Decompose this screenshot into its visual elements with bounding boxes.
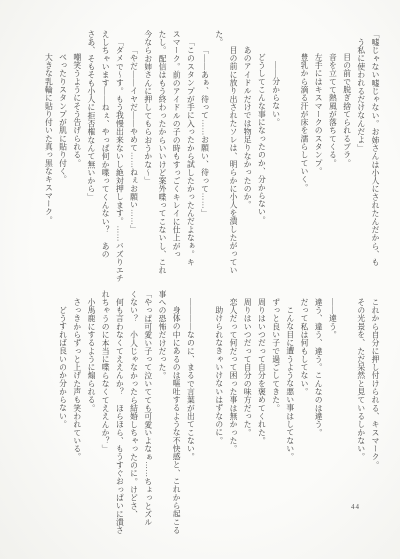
- text-column: どうすれば良いのか分からない。: [55, 290, 69, 528]
- text-column: 「嘘じゃない嘘じゃない。お姉さんは小人にされたんだから、も: [368, 30, 382, 268]
- text-column: 「やっぱ可愛い子って泣いてても可愛いよなぁ……ちょっとズル: [141, 290, 155, 528]
- text-column: 豊乳から滴る汗が床を濡らしていく。: [297, 30, 311, 268]
- text-column: あのアイドルだけでは物足りなかったのか。: [240, 30, 254, 268]
- text-column: ――――なのに、まるで言葉が出てこない。: [183, 290, 197, 528]
- text-column: その光景を、ただ呆然と見ているしかない。: [354, 290, 368, 528]
- text-column: う私に使われるだけなんだよ」: [354, 30, 368, 268]
- blank-column: [197, 290, 211, 528]
- text-column: 音を立てて熱風が落ちてくる。: [325, 30, 339, 268]
- text-column: さあ、そもそも小人に拒否権なんて無いから」: [84, 30, 98, 268]
- novel-page: 「嘘じゃない嘘じゃない。お姉さんは小人にされたんだから、もう私に使われるだけなん…: [0, 0, 400, 559]
- text-column: 身体の中にあるのは嘔吐するような不快感と、これから起こる: [169, 290, 183, 528]
- blank-column: [283, 30, 297, 268]
- text-column: たし。配信はもう終わったからいいけど案外喋ってこないし、これ: [155, 30, 169, 268]
- text-column: 助けられなきゃいけないはずなのに。: [212, 290, 226, 528]
- text-column: 目の前で脱ぎ捨てられるブラ。: [339, 30, 353, 268]
- text-column: 大きな乳輪に貼り付いた真っ黒なキスマーク。: [41, 30, 55, 268]
- text-column: ――違う。: [325, 290, 339, 528]
- text-band-upper: 「嘘じゃない嘘じゃない。お姉さんは小人にされたんだから、もう私に使われるだけなん…: [41, 30, 382, 268]
- blank-column: [339, 290, 353, 528]
- text-column: スマーク。前のアイドルの子の時もすっごくキレイに仕上がっ: [169, 30, 183, 268]
- text-column: 小馬鹿にするように煽られる。: [84, 290, 98, 528]
- text-column: 「このスタンプが手に入ったから試したかったんだよなぁ。キ: [183, 30, 197, 268]
- text-column: 「やだ――イヤだ――やめて……ねぇお願い……」: [126, 30, 140, 268]
- text-column: 「――あぁ、待って……お願い、待って……」: [197, 30, 211, 268]
- text-column: これから自分に押し付けられる、キスマーク。: [368, 290, 382, 528]
- text-column: れちゃうのに本当に喋らなくてええんか？」: [98, 290, 112, 528]
- text-column: どうしてこんな事になったのか、分からない。: [254, 30, 268, 268]
- text-column: ずっと良い子で過ごしてきた。: [268, 290, 282, 528]
- text-column: 事への恐怖だけだった。: [155, 290, 169, 528]
- text-column: くない？ 小人じゃなかったら結婚しちゃったのに。けどさ、: [126, 290, 140, 528]
- text-column: 嘲笑うようにそう告げられる。: [70, 30, 84, 268]
- text-column: 何も言わなくてええんか？ ほらほら、もうすぐおっぱいに潰さ: [112, 290, 126, 528]
- text-column: 「ダメで〜す。もう我慢出来ないし絶対押します。……バズりエチ: [112, 30, 126, 268]
- text-column: べったりスタンプが肌に貼り付く。: [55, 30, 69, 268]
- text-column: さっきからずっと上げた声も笑われている。: [70, 290, 84, 528]
- text-band-lower: これから自分に押し付けられる、キスマーク。その光景を、ただ呆然と見ているしかない…: [55, 290, 382, 528]
- text-column: た。: [212, 30, 226, 268]
- text-column: 今ならお姉さんに押してもらおうかな〜」: [141, 30, 155, 268]
- text-column: ――分からない。: [268, 30, 282, 268]
- text-column: 周りはいつだって自分を褒めてくれた。: [254, 290, 268, 528]
- text-column: 恋人だって何だって困った事は無かった。: [226, 290, 240, 528]
- text-column: だって私は何もしてない。: [297, 290, 311, 528]
- text-column: 目の前に放り出されたソレは、明らかに小人を潰したがってい: [226, 30, 240, 268]
- text-column: 違う、違う、違う。こんなのは違う。: [311, 290, 325, 528]
- text-column: こんな目に遭うような悪い事はしてない。: [283, 290, 297, 528]
- text-column: 左手にはキスマークのスタンプ。: [311, 30, 325, 268]
- page-number: 44: [351, 503, 360, 511]
- text-column: えしちゃいます――ねぇ、やっぱ何か喋ってくんない？ あの: [98, 30, 112, 268]
- text-column: 周りはいつだって自分の味方だった。: [240, 290, 254, 528]
